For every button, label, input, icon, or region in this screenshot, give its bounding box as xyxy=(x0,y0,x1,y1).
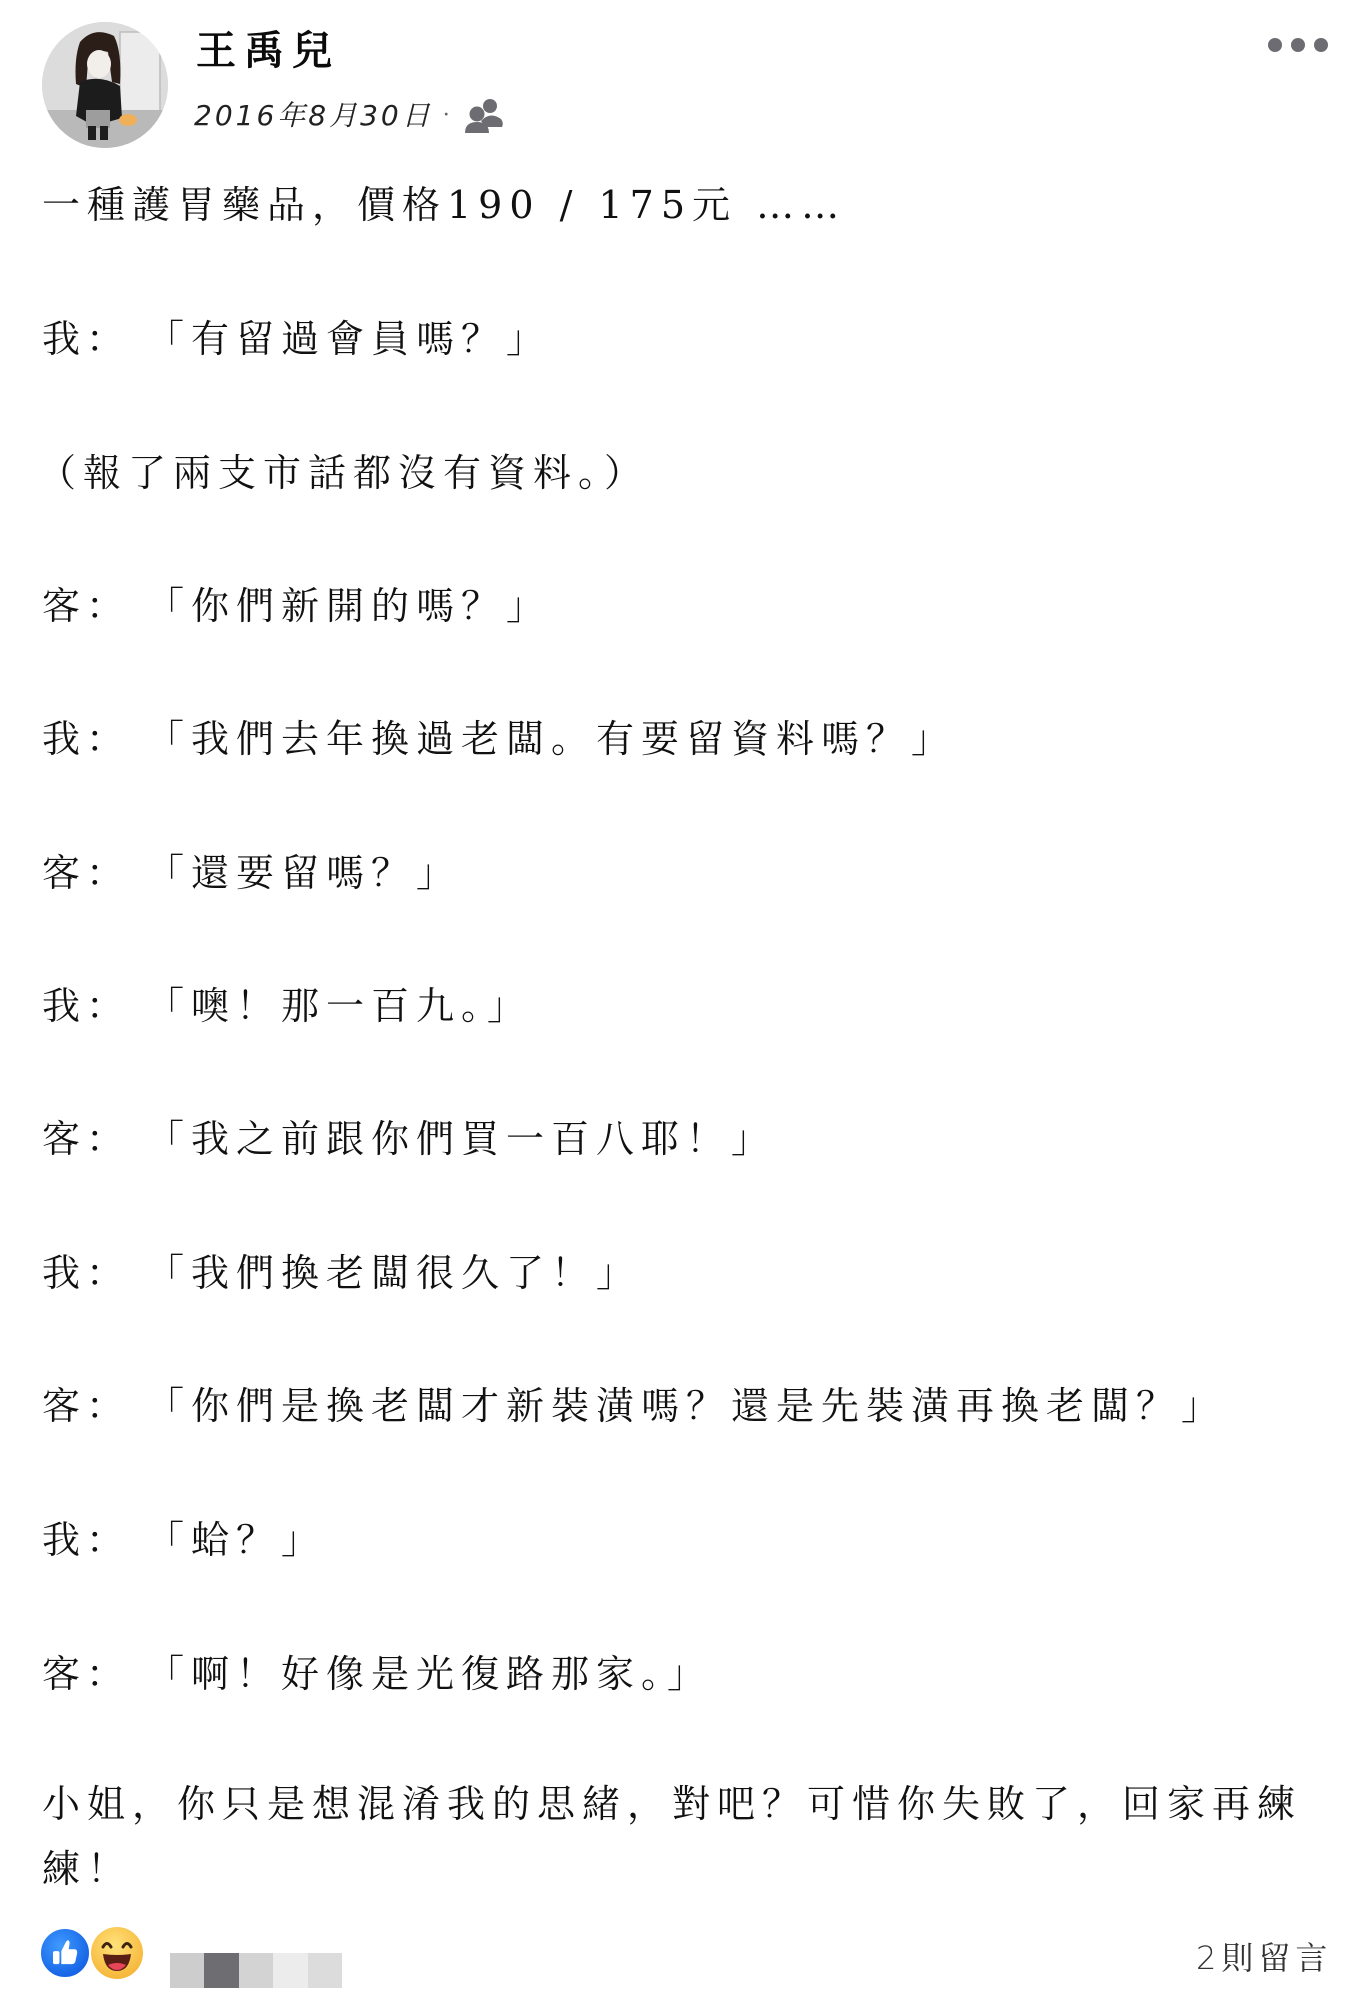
dialogue-line: 我：「我們換老闆很久了！」 xyxy=(42,1251,641,1295)
reactor-names-blurred[interactable] xyxy=(170,1953,342,1988)
dialogue-line: 客：「你們是換老闆才新裝潢嗎？還是先裝潢再換老闆？」 xyxy=(42,1384,1226,1428)
speaker-label: 客： xyxy=(42,584,146,628)
avatar-illustration-icon xyxy=(42,22,168,148)
haha-reaction-icon xyxy=(91,1927,143,1979)
dialogue-text: 「我們去年換過老闆。有要留資料嗎？」 xyxy=(146,717,956,761)
speaker-label: 我： xyxy=(42,717,146,761)
more-horizontal-icon xyxy=(1291,38,1305,52)
post-header: 王禹兒 2016年8月30日 · xyxy=(0,0,1366,160)
dialogue-text: 「還要留嗎？」 xyxy=(146,851,461,895)
speaker-label: 我： xyxy=(42,1518,146,1562)
author-avatar[interactable] xyxy=(42,22,168,148)
dialogue-line: 我：「有留過會員嗎？」 xyxy=(42,317,551,361)
dialogue-text: （報了兩支市話都沒有資料。） xyxy=(38,451,649,495)
dialogue-text: 「我們換老闆很久了！」 xyxy=(146,1251,641,1295)
dialogue-line: 我：「噢！那一百九。」 xyxy=(42,984,532,1028)
post-closing: 小姐，你只是想混淆我的思緒，對吧？可惜你失敗了，回家再練練！ xyxy=(42,1772,1332,1902)
dialogue-text: 「噢！那一百九。」 xyxy=(146,984,532,1028)
dialogue-line: 我：「我們去年換過老闆。有要留資料嗎？」 xyxy=(42,717,956,761)
dialogue-line: 我：「蛤？」 xyxy=(42,1518,326,1562)
speaker-label: 我： xyxy=(42,317,146,361)
blur-block xyxy=(308,1953,342,1988)
dialogue-text: 「啊！好像是光復路那家。」 xyxy=(146,1652,712,1696)
blur-block xyxy=(170,1953,204,1988)
speaker-label: 我： xyxy=(42,1251,146,1295)
comment-count-link[interactable]: 2則留言 xyxy=(1196,1936,1332,1980)
blur-block xyxy=(239,1953,273,1988)
dialogue-text: 「你們是換老闆才新裝潢嗎？還是先裝潢再換老闆？」 xyxy=(146,1384,1226,1428)
dialogue-line: 客：「啊！好像是光復路那家。」 xyxy=(42,1652,712,1696)
dialogue-text: 「我之前跟你們買一百八耶！」 xyxy=(146,1117,776,1161)
dialogue-line: （報了兩支市話都沒有資料。） xyxy=(38,451,649,495)
dialogue-line: 客：「我之前跟你們買一百八耶！」 xyxy=(42,1117,776,1161)
blur-block xyxy=(273,1953,307,1988)
post-meta: 2016年8月30日 · xyxy=(194,96,504,136)
post-date[interactable]: 2016年8月30日 xyxy=(194,96,433,136)
blur-block xyxy=(204,1953,238,1988)
speaker-label: 客： xyxy=(42,1652,146,1696)
more-horizontal-icon xyxy=(1314,38,1328,52)
dialogue-line: 客：「你們新開的嗎？」 xyxy=(42,584,551,628)
more-options-button[interactable] xyxy=(1262,28,1334,62)
dialogue-line: 客：「還要留嗎？」 xyxy=(42,851,461,895)
friends-icon[interactable] xyxy=(464,97,504,135)
speaker-label: 客： xyxy=(42,1117,146,1161)
dialogue-text: 「你們新開的嗎？」 xyxy=(146,584,551,628)
dialogue-text: 「蛤？」 xyxy=(146,1518,326,1562)
dialogue-text: 「有留過會員嗎？」 xyxy=(146,317,551,361)
like-reaction-icon xyxy=(39,1927,91,1979)
speaker-label: 我： xyxy=(42,984,146,1028)
post-intro: 一種護胃藥品，價格190 / 175元 …… xyxy=(42,183,846,227)
author-name[interactable]: 王禹兒 xyxy=(196,26,340,76)
speaker-label: 客： xyxy=(42,851,146,895)
speaker-label: 客： xyxy=(42,1384,146,1428)
reactions-summary[interactable] xyxy=(39,1927,149,1981)
more-horizontal-icon xyxy=(1268,38,1282,52)
meta-separator: · xyxy=(443,96,450,136)
